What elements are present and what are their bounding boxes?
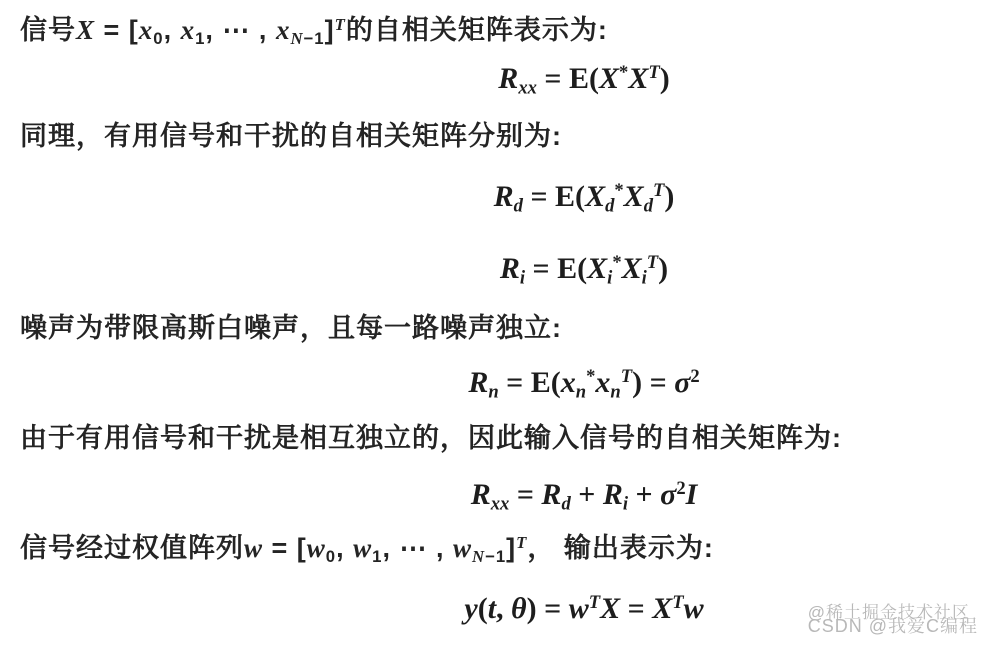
formula-rxx-sum: Rxx = Rd + Ri + σ2I <box>0 474 988 516</box>
paragraph-signal-vector: 信号X = [x0, x1, ⋯ , xN−1]T的自相关矩阵表示为: <box>0 12 988 48</box>
paragraph-independence: 由于有用信号和干扰是相互独立的，因此输入信号的自相关矩阵为: <box>0 420 988 456</box>
paragraph-noise: 噪声为带限高斯白噪声，且每一路噪声独立: <box>0 310 988 346</box>
watermark-csdn: CSDN @我爱C编程 <box>808 612 978 638</box>
paragraph-weight-vector: 信号经过权值阵列w = [w0, w1, ⋯ , wN−1]T， 输出表示为: <box>0 530 988 566</box>
formula-rn: Rn = E(xn*xnT) = σ2 <box>0 362 988 404</box>
formula-ri: Ri = E(Xi*XiT) <box>0 248 988 290</box>
document-body: 信号X = [x0, x1, ⋯ , xN−1]T的自相关矩阵表示为: Rxx … <box>0 0 988 630</box>
formula-rxx-definition: Rxx = E(X*XT) <box>0 58 988 100</box>
paragraph-same-principle: 同理，有用信号和干扰的自相关矩阵分别为: <box>0 118 988 154</box>
formula-rd: Rd = E(Xd*XdT) <box>0 176 988 218</box>
